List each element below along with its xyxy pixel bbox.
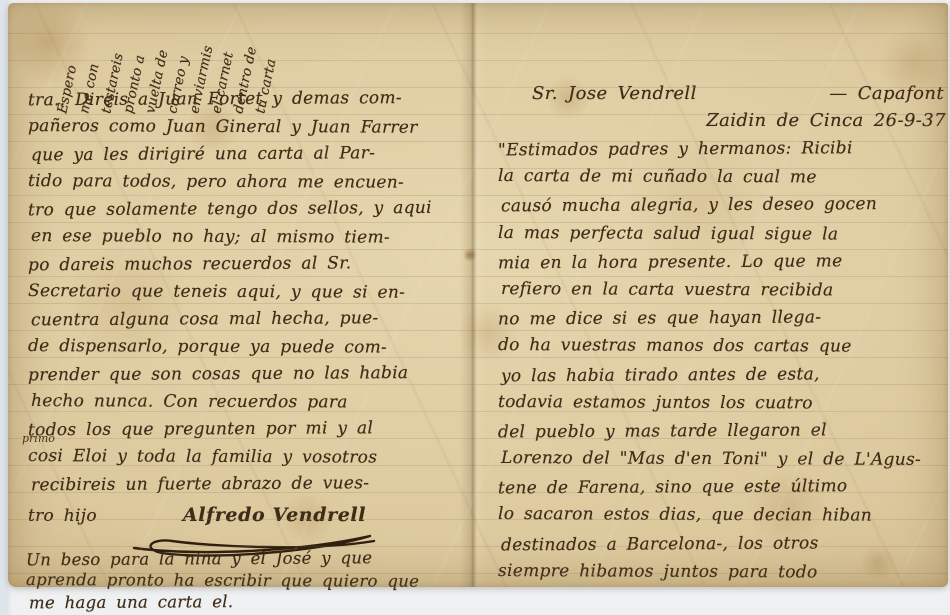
left-page-body: tra.. Direis a Juan Fortet y demas com-p… <box>28 89 468 502</box>
letter-line: po dareis muchos recuerdos al Sr. <box>28 253 468 283</box>
letter-line: prender que son cosas que no las habia <box>28 363 468 393</box>
letter-line: tene de Farena, sino que este último <box>498 476 950 507</box>
letter-line: tra.. Direis a Juan Fortet y demas com- <box>28 88 468 118</box>
recipient-line: Sr. Jose Vendrell — Capafont <box>498 83 950 110</box>
recipient-name: Sr. Jose Vendrell <box>532 83 697 110</box>
letter-line: la mas perfecta salud igual sigue la <box>498 223 950 253</box>
letter-line: mia en la hora presente. Lo que me <box>498 250 950 281</box>
letter-line: pañeros como Juan Gineral y Juan Farrer <box>28 116 468 145</box>
letter-paper: Esperome contestareispronto avuelta deco… <box>8 3 948 587</box>
letter-line: yo las habia tirado antes de esta, <box>498 363 950 394</box>
scan-background: Esperome contestareispronto avuelta deco… <box>0 0 950 615</box>
dateline: Zaidin de Cinca 26-9-37 <box>498 110 950 139</box>
letter-line: refiero en la carta vuestra recibida <box>498 279 950 309</box>
letter-line: "Estimados padres y hermanos: Ricibi <box>498 138 950 169</box>
letter-line: tido para todos, pero ahora me encuen- <box>28 171 468 200</box>
letter-line: todos los que pregunten por mi y al <box>28 418 468 448</box>
letter-line: cosi Eloi y toda la familia y vosotros <box>28 446 468 475</box>
letter-line: Secretario que teneis aqui, y que si en- <box>28 281 468 310</box>
letter-line: del pueblo y mas tarde llegaron el <box>498 419 950 450</box>
letter-line: tro que solamente tengo dos sellos, y aq… <box>28 198 468 228</box>
letter-line: Lorenzo del "Mas d'en Toni" y el de L'Ag… <box>498 448 950 478</box>
superscript-correction: primo <box>22 432 55 445</box>
postscript: Un beso para la niña y el José y queapre… <box>26 549 466 614</box>
signature: Alfredo Vendrell <box>183 504 366 526</box>
letter-line: todavia estamos juntos los cuatro <box>498 392 950 422</box>
letter-line: causó mucha alegria, y les deseo gocen <box>498 194 950 225</box>
letter-line: de dispensarlo, porque ya puede com- <box>28 336 468 365</box>
postscript-line: Un beso para la niña y el José y que <box>26 548 466 572</box>
letter-line: siempre hibamos juntos para todo <box>498 561 950 591</box>
letter-line: lo sacaron estos dias, que decian hiban <box>498 504 950 534</box>
right-page-body: "Estimados padres y hermanos: Ricibila c… <box>498 139 950 590</box>
right-page: Sr. Jose Vendrell — Capafont Zaidin de C… <box>498 83 950 590</box>
letter-line: cuentra alguna cosa mal hecha, pue- <box>28 308 468 338</box>
postscript-line: aprenda pronto ha escribir que quiero qu… <box>26 570 466 593</box>
letter-line: no me dice si es que hayan llega- <box>498 307 950 338</box>
postscript-line: me haga una carta el. <box>26 591 466 615</box>
letter-line: destinados a Barcelona-, los otros <box>498 532 950 563</box>
letter-line: hecho nunca. Con recuerdos para <box>28 391 468 420</box>
letter-line: en ese pueblo no hay; al mismo tiem- <box>28 226 468 255</box>
letter-line: que ya les dirigiré una carta al Par- <box>28 143 468 173</box>
left-page: tra.. Direis a Juan Fortet y demas com-p… <box>28 89 468 558</box>
letter-line: recibireis un fuerte abrazo de vues- <box>28 473 468 503</box>
letter-line: do ha vuestras manos dos cartas que <box>498 335 950 365</box>
signoff-text: tro hijo <box>28 506 97 526</box>
recipient-place: — Capafont <box>829 83 944 110</box>
letter-line: la carta de mi cuñado la cual me <box>498 166 950 196</box>
